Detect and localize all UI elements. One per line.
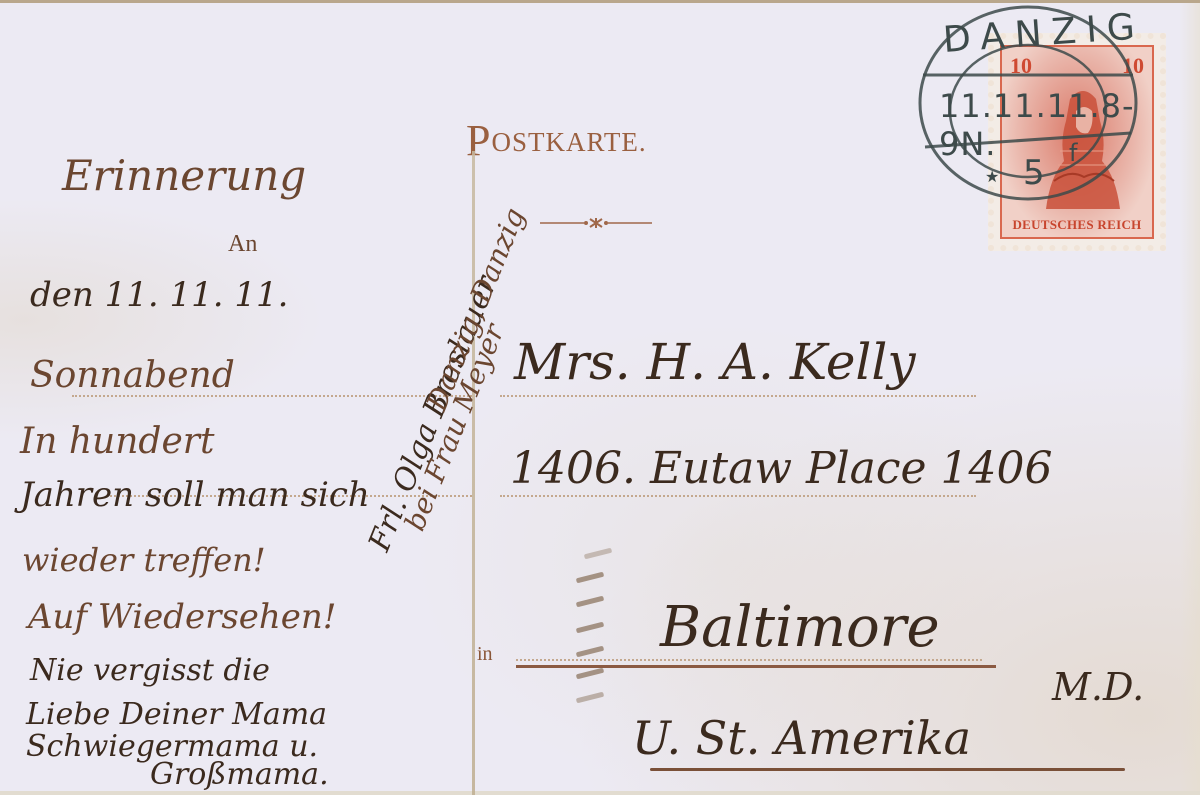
message-line: Sonnabend: [30, 355, 235, 396]
address-line-city: Baltimore: [660, 595, 940, 660]
message-line: Großmama.: [150, 757, 329, 792]
message-line: Auf Wiedersehen!: [28, 597, 336, 637]
address-line-street: 1406. Eutaw Place 1406: [510, 443, 1053, 494]
address-underline: [516, 665, 996, 668]
postcard-title: POSTKARTE.: [466, 115, 647, 166]
card-edge: [1180, 3, 1200, 795]
title-rest: OSTKARTE.: [491, 127, 646, 157]
address-rule: [500, 495, 976, 497]
message-line: In hundert: [20, 421, 214, 462]
address-line-country: U. St. Amerika: [632, 711, 971, 765]
postage-stamp: 10 10 DEUTSCHES REICH: [988, 33, 1166, 251]
country-underline: [650, 768, 1125, 771]
message-line: Erinnerung: [62, 151, 306, 200]
vertical-divider: [472, 151, 475, 795]
stamp-frame: 10 10 DEUTSCHES REICH: [1000, 45, 1154, 239]
title-initial: P: [466, 116, 491, 165]
stamp-country: DEUTSCHES REICH: [1002, 217, 1152, 233]
message-line: den 11. 11. 11.: [30, 275, 288, 315]
postcard-back: POSTKARTE. in Mrs. H. A. Kelly 1406. Eut…: [0, 0, 1200, 795]
address-rule: [500, 395, 976, 397]
in-label: in: [477, 643, 493, 666]
message-line: Nie vergisst die: [30, 653, 270, 688]
message-line: An: [228, 231, 257, 258]
stamp-value: 10: [1010, 53, 1032, 79]
address-line-recipient: Mrs. H. A. Kelly: [514, 333, 916, 391]
message-line: wieder treffen!: [22, 541, 266, 579]
stamp-value: 10: [1122, 53, 1144, 79]
germania-portrait-icon: [1040, 81, 1126, 211]
message-line: Liebe Deiner Mama: [26, 697, 327, 732]
address-line-state: M.D.: [1052, 665, 1144, 709]
message-line: Jahren soll man sich: [20, 475, 370, 515]
ornament-icon: [540, 217, 652, 229]
